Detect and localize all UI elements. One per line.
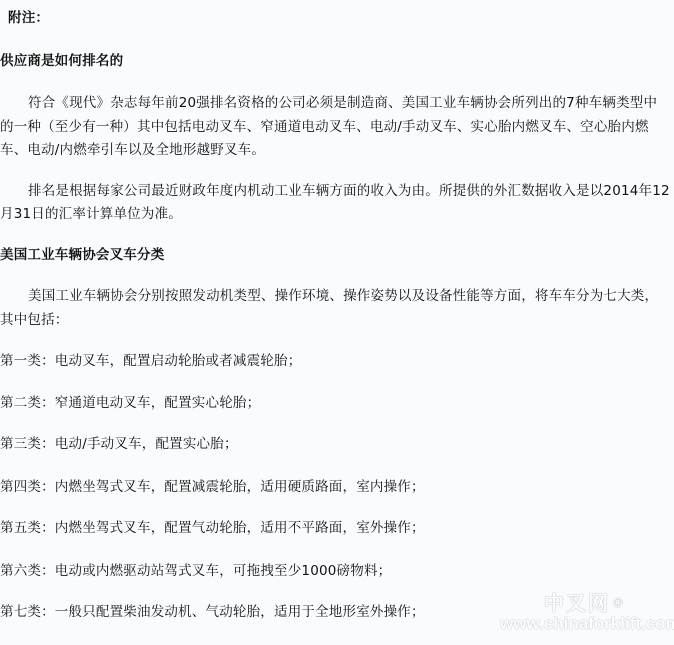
registered-mark-icon: ® xyxy=(612,596,626,610)
watermark-name: 中叉网 xyxy=(544,591,610,615)
paragraph-line: 排名是根据每家公司最近财政年度内机动工业车辆方面的收入为由。所提供的外汇数据收入… xyxy=(28,183,670,199)
paragraph-line: 美国工业车辆协会分别按照发动机类型、操作环境、操作姿势以及设备性能等方面，将车车… xyxy=(28,288,658,304)
class-item-2: 第二类：窄通道电动叉车，配置实心轮胎； xyxy=(0,395,260,411)
paragraph-line: 符合《现代》杂志每年前20强排名资格的公司必须是制造商、美国工业车辆协会所列出的… xyxy=(28,95,657,111)
paragraph-line: 车、电动/内燃牵引车以及全地形越野叉车。 xyxy=(0,142,265,158)
watermark-logo: 中叉网® www.chinaforklift.com xyxy=(500,592,670,634)
class-item-6: 第六类：电动或内燃驱动站驾式叉车，可拖拽至少1000磅物料； xyxy=(0,563,391,579)
paragraph-line: 月31日的汇率计算单位为准。 xyxy=(0,206,182,222)
class-item-4: 第四类：内燃坐驾式叉车，配置减震轮胎，适用硬质路面，室内操作； xyxy=(0,479,425,495)
section-heading-classification: 美国工业车辆协会叉车分类 xyxy=(0,247,164,263)
watermark-name-row: 中叉网® xyxy=(500,592,670,614)
class-item-3: 第三类：电动/手动叉车，配置实心胎； xyxy=(0,436,238,452)
section-heading-ranking: 供应商是如何排名的 xyxy=(0,53,123,69)
paragraph-line: 其中包括： xyxy=(0,312,69,328)
class-item-5: 第五类：内燃坐驾式叉车，配置气动轮胎，适用不平路面，室外操作； xyxy=(0,520,425,536)
watermark-url: www.chinaforklift.com xyxy=(500,614,670,634)
note-title: 附注： xyxy=(8,10,49,26)
class-item-7: 第七类：一般只配置柴油发动机、气动轮胎，适用于全地形室外操作； xyxy=(0,604,425,620)
paragraph-line: 的一种（至少有一种）其中包括电动叉车、窄通道电动叉车、电动/手动叉车、实心胎内燃… xyxy=(0,119,649,135)
class-item-1: 第一类：电动叉车，配置启动轮胎或者减震轮胎； xyxy=(0,353,301,369)
